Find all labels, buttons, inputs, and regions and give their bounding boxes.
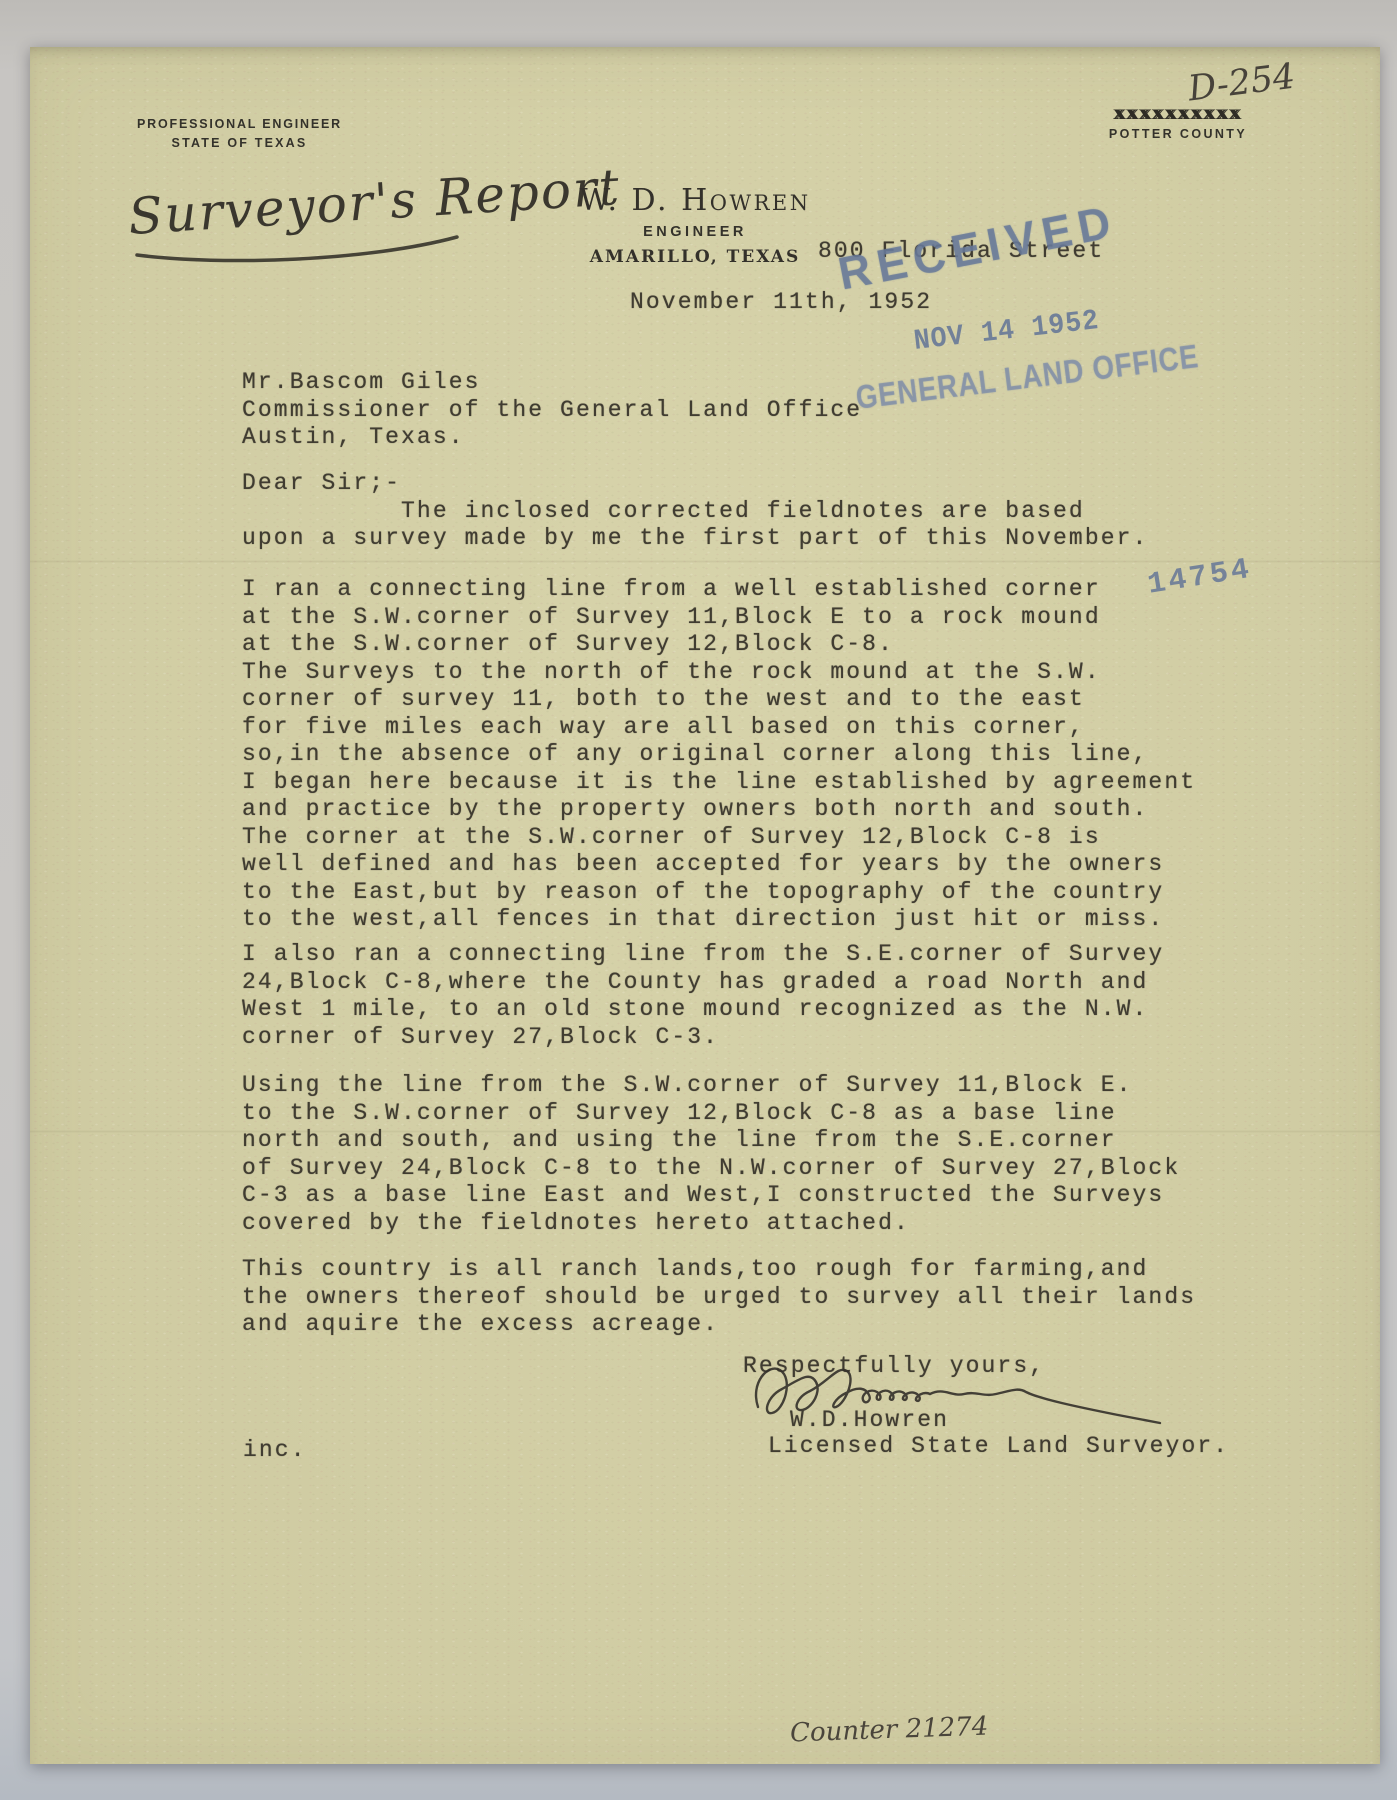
letterhead-role: ENGINEER [545,224,845,240]
salutation-paragraph: Dear Sir;- The inclosed corrected fieldn… [242,470,1148,553]
handwritten-underline [133,233,463,267]
scanned-letter-screen: PROFESSIONAL ENGINEER STATE OF TEXAS XXX… [0,0,1397,1800]
received-date-stamp: NOV 14 1952 [912,304,1101,358]
handwritten-doc-number: D-254 [1186,57,1297,110]
paragraph-ranch-lands: This country is all ranch lands,too roug… [242,1256,1196,1339]
letterhead-right: XXXXXXXXXX POTTER COUNTY [1088,107,1268,141]
letterhead-left: PROFESSIONAL ENGINEER STATE OF TEXAS [137,117,342,150]
letterhead-name: W. D. Howren [545,183,845,218]
typed-date: November 11th, 1952 [630,289,932,317]
paragraph-second-line: I also ran a connecting line from the S.… [242,941,1164,1051]
struck-out-text: XXXXXXXXXX [1088,107,1268,124]
signer-name: W.D.Howren [790,1407,949,1435]
fold-crease-top [30,560,1380,563]
letterhead-left-subtitle: STATE OF TEXAS [137,136,342,150]
received-stamp: RECEIVED [834,194,1122,301]
enclosure-note: inc. [243,1437,307,1465]
letterhead-center: W. D. Howren ENGINEER AMARILLO, TEXAS [545,183,845,267]
paragraph-base-lines: Using the line from the S.W.corner of Su… [242,1072,1180,1237]
recipient-address: Mr.Bascom Giles Commissioner of the Gene… [242,369,862,452]
letterhead-city: AMARILLO, TEXAS [545,247,845,267]
letter-page: PROFESSIONAL ENGINEER STATE OF TEXAS XXX… [30,47,1380,1764]
letterhead-left-title: PROFESSIONAL ENGINEER [137,117,342,131]
general-land-office-stamp: GENERAL LAND OFFICE [854,337,1201,417]
handwritten-counter-note: Counter 21274 [790,1712,989,1749]
paragraph-connecting-line: I ran a connecting line from a well esta… [242,576,1196,934]
signer-title: Licensed State Land Surveyor. [768,1433,1229,1461]
letterhead-county: POTTER COUNTY [1088,127,1268,141]
